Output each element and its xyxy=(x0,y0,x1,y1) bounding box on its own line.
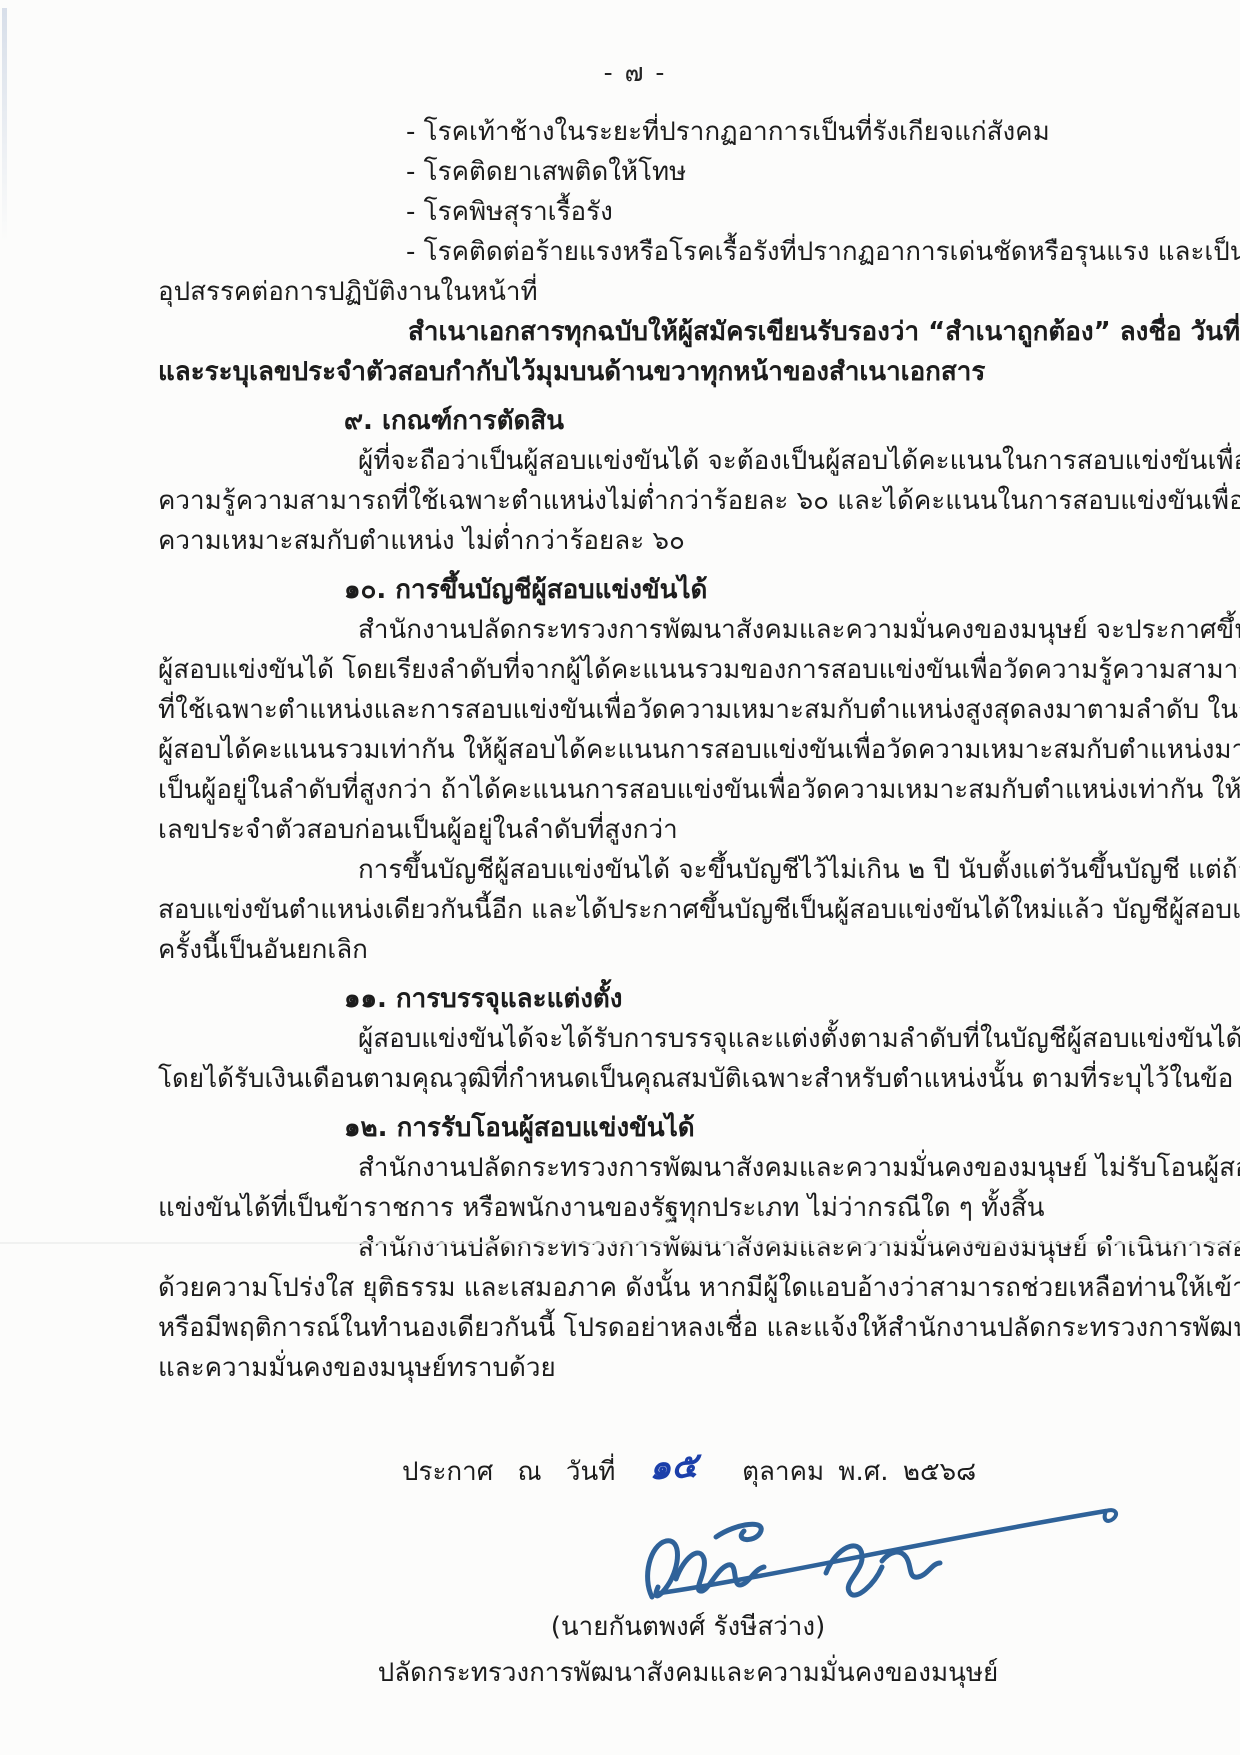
text-line: ผู้สอบแข่งขันได้จะได้รับการบรรจุและแต่งต… xyxy=(358,1019,1112,1059)
text-line: เป็นผู้อยู่ในลำดับที่สูงกว่า ถ้าได้คะแนน… xyxy=(158,770,1112,810)
document-page: - ๗ - - โรคเท้าช้างในระยะที่ปรากฏอาการเป… xyxy=(0,0,1240,1755)
section-heading: ๑๐. การขึ้นบัญชีผู้สอบแข่งขันได้ xyxy=(344,570,1112,610)
text-line: ความเหมาะสมกับตำแหน่ง ไม่ต่ำกว่าร้อยละ ๖… xyxy=(158,521,1112,561)
section-heading: ๙. เกณฑ์การตัดสิน xyxy=(344,401,1112,441)
date-prefix-text: ประกาศ ณ วันที่ xyxy=(402,1457,615,1487)
signature-block xyxy=(598,1497,1198,1609)
signer-block: (นายกันตพงศ์ รังษีสว่าง) ปลัดกระทรวงการพ… xyxy=(368,1607,1008,1693)
document-body: - โรคเท้าช้างในระยะที่ปรากฏอาการเป็นที่ร… xyxy=(158,112,1112,1388)
text-line: - โรคติดยาเสพติดให้โทษ xyxy=(406,152,1112,192)
text-line: แข่งขันได้ที่เป็นข้าราชการ หรือพนักงานขอ… xyxy=(158,1188,1112,1228)
closing-section: ประกาศ ณ วันที่๑๕ตุลาคม พ.ศ. ๒๕๖๘ xyxy=(158,1448,1112,1693)
text-line: สำนักงานปลัดกระทรวงการพัฒนาสังคมและความม… xyxy=(358,1148,1112,1188)
text-line: และระบุเลขประจำตัวสอบกำกับไว้มุมบนด้านขว… xyxy=(158,352,1112,392)
text-line: เลขประจำตัวสอบก่อนเป็นผู้อยู่ในลำดับที่ส… xyxy=(158,810,1112,850)
text-line: สอบแข่งขันตำแหน่งเดียวกันนี้อีก และได้ปร… xyxy=(158,890,1112,930)
text-line: - โรคเท้าช้างในระยะที่ปรากฏอาการเป็นที่ร… xyxy=(406,112,1112,152)
text-line: หรือมีพฤติการณ์ในทำนองเดียวกันนี้ โปรดอย… xyxy=(158,1308,1112,1348)
text-line: สำนักงานปลัดกระทรวงการพัฒนาสังคมและความม… xyxy=(358,610,1112,650)
text-line: ที่ใช้เฉพาะตำแหน่งและการสอบแข่งขันเพื่อว… xyxy=(158,690,1112,730)
signer-name: (นายกันตพงศ์ รังษีสว่าง) xyxy=(368,1607,1008,1647)
text-line: ความรู้ความสามารถที่ใช้เฉพาะตำแหน่งไม่ต่… xyxy=(158,481,1112,521)
page-number: - ๗ - xyxy=(158,56,1112,90)
section-heading: ๑๒. การรับโอนผู้สอบแข่งขันได้ xyxy=(344,1108,1112,1148)
signer-title: ปลัดกระทรวงการพัฒนาสังคมและความมั่นคงของ… xyxy=(368,1653,1008,1693)
date-suffix-text: ตุลาคม พ.ศ. ๒๕๖๘ xyxy=(742,1457,976,1487)
text-line: ผู้สอบแข่งขันได้ โดยเรียงลำดับที่จากผู้ไ… xyxy=(158,650,1112,690)
text-line: สำเนาเอกสารทุกฉบับให้ผู้สมัครเขียนรับรอง… xyxy=(408,312,1112,352)
text-line: ครั้งนี้เป็นอันยกเลิก xyxy=(158,930,1112,970)
text-line: ผู้สอบได้คะแนนรวมเท่ากัน ให้ผู้สอบได้คะแ… xyxy=(158,730,1112,770)
text-line: - โรคพิษสุราเรื้อรัง xyxy=(406,192,1112,232)
text-line: การขึ้นบัญชีผู้สอบแข่งขันได้ จะขึ้นบัญชี… xyxy=(358,850,1112,890)
scan-artifact-left-edge xyxy=(2,8,7,243)
text-line: - โรคติดต่อร้ายแรงหรือโรคเรื้อรังที่ปราก… xyxy=(406,232,1112,272)
text-line: โดยได้รับเงินเดือนตามคุณวุฒิที่กำหนดเป็น… xyxy=(158,1059,1112,1099)
signature-ink-icon xyxy=(598,1497,1198,1609)
text-line: ด้วยความโปร่งใส ยุติธรรม และเสมอภาค ดังน… xyxy=(158,1268,1112,1308)
text-line: สำนักงานปลัดกระทรวงการพัฒนาสังคมและความม… xyxy=(358,1228,1112,1268)
text-line: และความมั่นคงของมนุษย์ทราบด้วย xyxy=(158,1348,1112,1388)
handwritten-day: ๑๕ xyxy=(648,1445,699,1489)
text-line: อุปสรรคต่อการปฏิบัติงานในหน้าที่ xyxy=(158,272,1112,312)
promulgation-date-line: ประกาศ ณ วันที่๑๕ตุลาคม พ.ศ. ๒๕๖๘ xyxy=(402,1448,1112,1493)
text-line: ผู้ที่จะถือว่าเป็นผู้สอบแข่งขันได้ จะต้อ… xyxy=(358,441,1112,481)
section-heading: ๑๑. การบรรจุและแต่งตั้ง xyxy=(344,979,1112,1019)
